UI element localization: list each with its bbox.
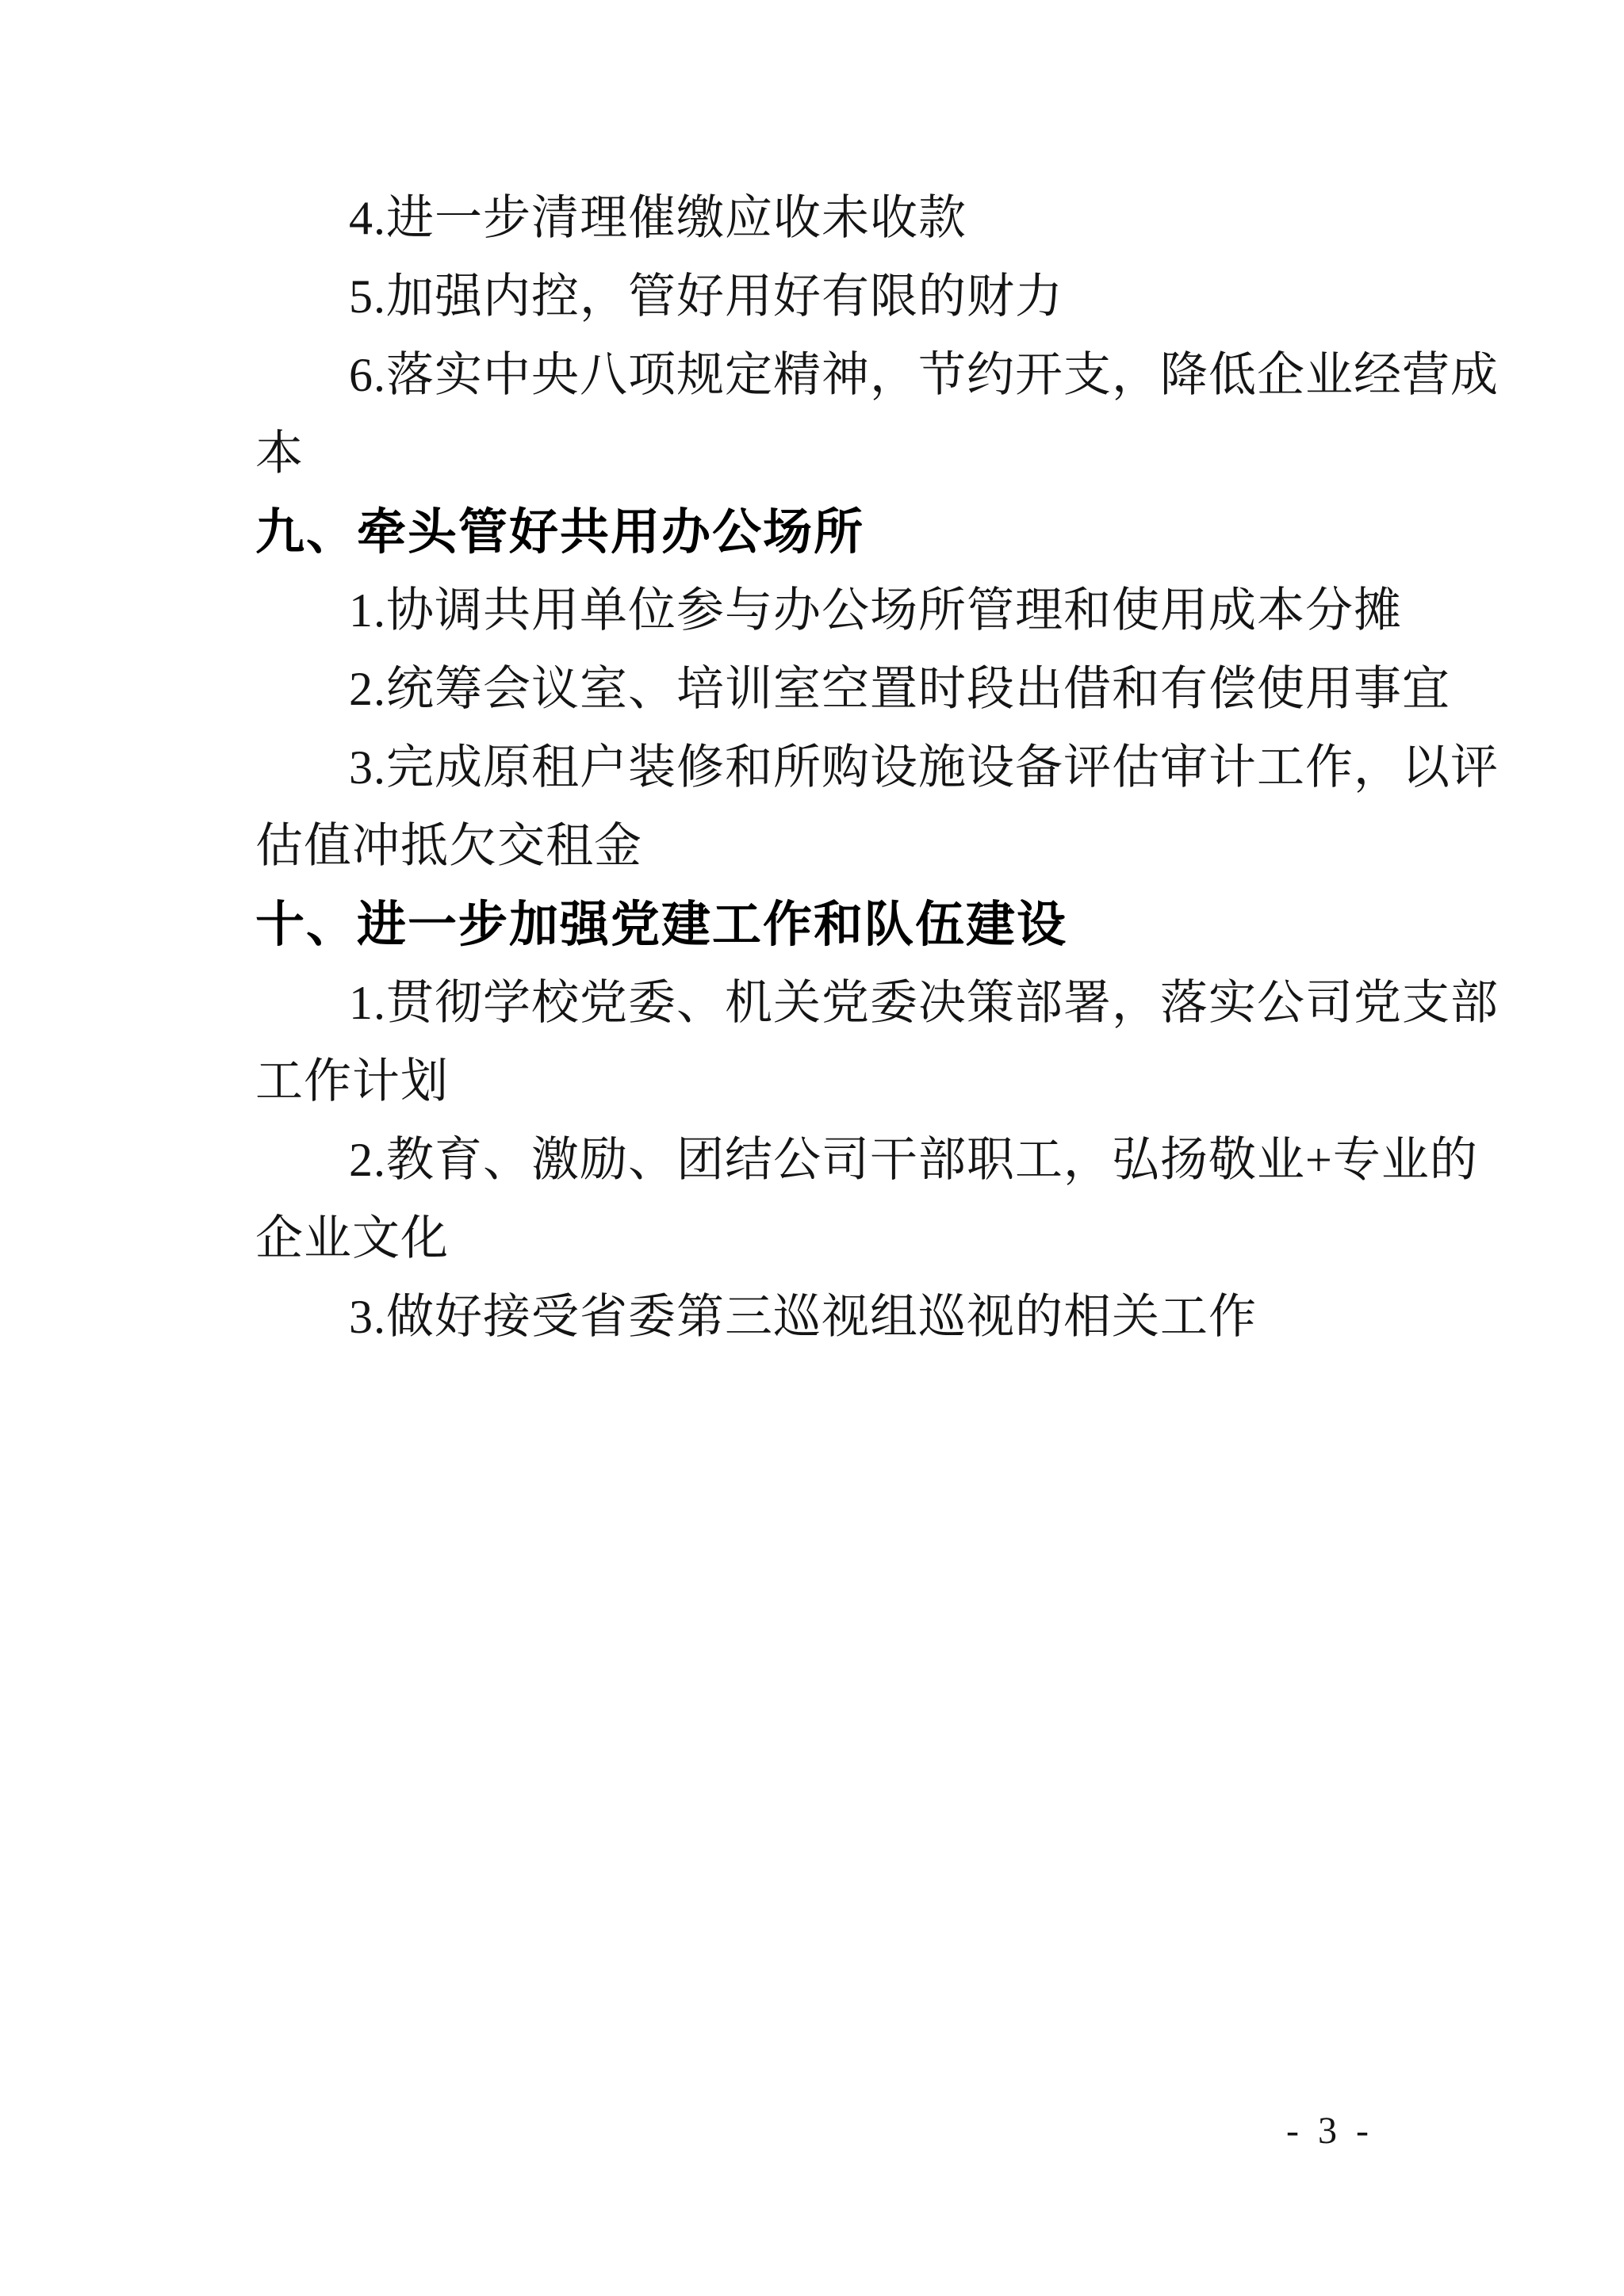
text-line: 工作计划 [255,1043,1394,1121]
page-number: - 3 - [1286,2109,1373,2152]
text-line: 估值冲抵欠交租金 [255,807,1394,886]
text-line: 1.协调共用单位参与办公场所管理和使用成本分摊 [255,572,1394,650]
text-line: 6.落实中央八项规定精神，节约开支，降低企业经营成 [255,336,1394,415]
text-line: 5.加强内控，管好用好有限的财力 [255,258,1394,336]
document-body: 4.进一步清理催缴应收未收款5.加强内控，管好用好有限的财力6.落实中央八项规定… [255,179,1394,1357]
section-heading: 九、牵头管好共用办公场所 [255,493,1394,572]
text-line: 4.进一步清理催缴应收未收款 [255,179,1394,258]
text-line: 3.完成原租户装修和所购设施设备评估审计工作，以评 [255,729,1394,807]
text-line: 本 [255,415,1394,493]
text-line: 1.贯彻学校党委、机关党委决策部署，落实公司党支部 [255,964,1394,1043]
text-line: 2.教育、激励、团结公司干部职工，弘扬敬业+专业的 [255,1121,1394,1200]
text-line: 3.做好接受省委第三巡视组巡视的相关工作 [255,1278,1394,1357]
section-heading: 十、进一步加强党建工作和队伍建设 [255,886,1394,964]
text-line: 企业文化 [255,1200,1394,1278]
text-line: 2.统筹会议室、培训室空置时段出借和有偿使用事宜 [255,650,1394,729]
document-page: 4.进一步清理催缴应收未收款5.加强内控，管好用好有限的财力6.落实中央八项规定… [0,0,1624,2296]
